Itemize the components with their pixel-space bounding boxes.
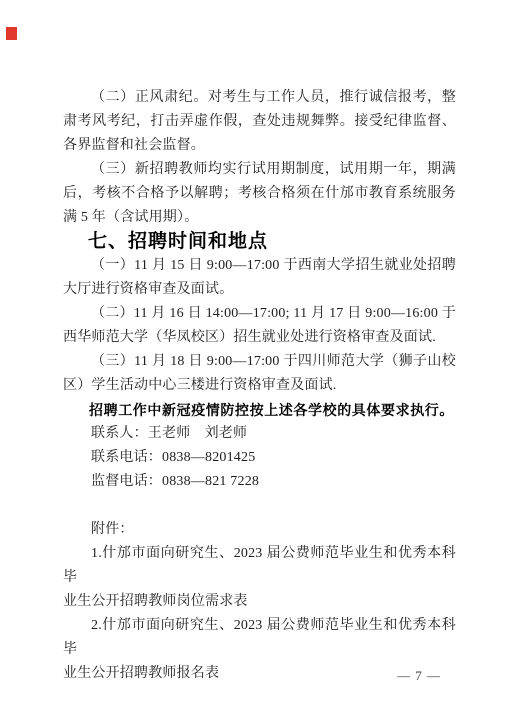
text-line: 1.什邡市面向研究生、2023 届公费师范毕业生和优秀本科毕 [63, 542, 456, 590]
section-heading: 七、招聘时间和地点 [63, 230, 456, 254]
text-line: 各界监督和社会监督。 [63, 134, 456, 158]
text-line: 联系电话：0838—8201425 [63, 446, 456, 470]
text-line: （三）新招聘教师均实行试用期制度，试用期一年，期满 [63, 158, 456, 182]
document-text: （二）正风肃纪。对考生与工作人员，推行诚信报考，整肃考风考纪，打击弄虚作假，查处… [63, 86, 456, 686]
text-line: 后，考核不合格予以解聘；考核合格须在什邡市教育系统服务 [63, 182, 456, 206]
text-line: 监督电话：0838—821 7228 [63, 470, 456, 494]
text-line: （一）11 月 15 日 9:00—17:00 于西南大学招生就业处招聘 [63, 254, 456, 278]
text-line: 附件： [63, 518, 456, 542]
text-line: （三）11 月 18 日 9:00—17:00 于四川师范大学（狮子山校 [63, 350, 456, 374]
text-line: （二）11 月 16 日 14:00—17:00; 11 月 17 日 9:00… [63, 302, 456, 326]
red-stamp-mark [6, 27, 17, 40]
text-line: 肃考风考纪，打击弄虚作假，查处违规舞弊。接受纪律监督、 [63, 110, 456, 134]
blank-line [63, 494, 456, 518]
text-line: （二）正风肃纪。对考生与工作人员，推行诚信报考，整 [63, 86, 456, 110]
page-number: — 7 — [397, 664, 441, 688]
text-line: 业生公开招聘教师岗位需求表 [63, 590, 456, 614]
text-line: 区）学生活动中心三楼进行资格审查及面试. [63, 374, 456, 398]
page: （二）正风肃纪。对考生与工作人员，推行诚信报考，整肃考风考纪，打击弄虚作假，查处… [0, 0, 505, 714]
text-line: 大厅进行资格审查及面试。 [63, 278, 456, 302]
text-line: 联系人：王老师 刘老师 [63, 422, 456, 446]
text-line: 2.什邡市面向研究生、2023 届公费师范毕业生和优秀本科毕 [63, 614, 456, 662]
text-line: 西华师范大学（华凤校区）招生就业处进行资格审查及面试. [63, 326, 456, 350]
text-line: 满 5 年（含试用期）。 [63, 206, 456, 230]
notice-line: 招聘工作中新冠疫情防控按上述各学校的具体要求执行。 [63, 398, 456, 422]
